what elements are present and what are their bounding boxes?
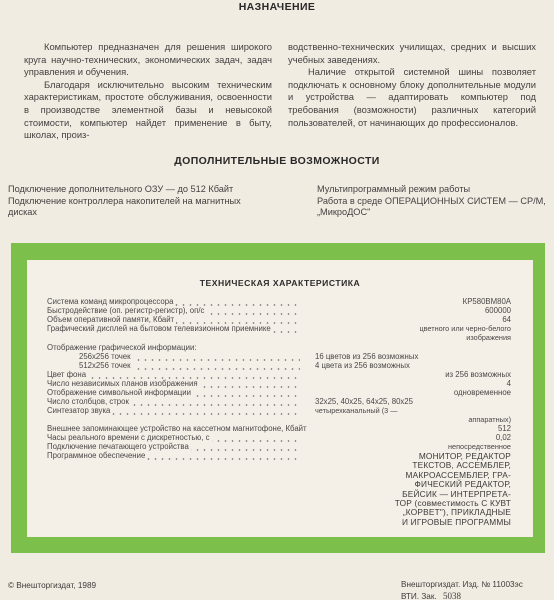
imprint-line-1: Внешторгиздат. Изд. № 11003эс: [401, 580, 523, 589]
spec-label: Часы реального времени с дискретностью, …: [47, 433, 212, 442]
extras-item: Подключение контроллера накопителей на м…: [8, 196, 258, 219]
spec-value: цветного или черно-белого: [419, 324, 511, 333]
spec-label: 256х256 точек: [79, 352, 133, 361]
extras-item: Работа в среде ОПЕРАЦИОННЫХ СИСТЕМ — СР/…: [317, 196, 549, 219]
spec-label: Быстродействие (оп. регистр-регистр), оп…: [47, 306, 206, 315]
spec-row: Программное обеспечениеМОНИТОР, РЕДАКТОР…: [47, 451, 511, 461]
purpose-left-column: Компьютер предназначен для решения широк…: [24, 41, 272, 142]
spec-value: одновременное: [454, 388, 511, 397]
spec-label: Внешнее запоминающее устройство на кассе…: [47, 424, 309, 433]
spec-label: Отображение графической информации:: [47, 343, 198, 352]
extras-item: Подключение дополнительного ОЗУ — до 512…: [8, 184, 258, 196]
spec-value: 32х25, 40х25, 64х25, 80х25: [315, 397, 413, 406]
software-line: И ИГРОВЫЕ ПРОГРАММЫ: [402, 517, 511, 527]
spec-value: 512: [498, 424, 511, 433]
spec-label: Графический дисплей на бытовом телевизио…: [47, 324, 273, 333]
spec-value: из 256 возможных: [445, 370, 511, 379]
spec-label: Отображение символьной информации: [47, 388, 193, 397]
extras-right-list: Мультипрограммный режим работы Работа в …: [317, 184, 549, 219]
purpose-paragraph-4: Наличие открытой системной шины позволяе…: [288, 66, 536, 129]
spec-value: 16 цветов из 256 возможных: [315, 352, 418, 361]
purpose-paragraph-1: Компьютер предназначен для решения широк…: [24, 41, 272, 79]
copyright: © Внешторгиздат, 1989: [8, 581, 96, 590]
imprint-prefix: ВТИ. Зак.: [401, 592, 437, 600]
spec-label: Система команд микропроцессора: [47, 297, 175, 306]
purpose-paragraph-3: водственно-технических училищах, средних…: [288, 41, 536, 66]
spec-value: КР580ВМ80А: [463, 297, 511, 306]
spec-value-continued: изображения: [466, 333, 511, 342]
spec-label: Число столбцов, строк: [47, 397, 131, 406]
spec-label: Программное обеспечение: [47, 451, 147, 460]
spec-label: Синтезатор звука: [47, 406, 112, 415]
purpose-right-column: водственно-технических училищах, средних…: [288, 41, 536, 129]
spec-label: Подключение печатающего устройства: [47, 442, 191, 451]
specs-heading: ТЕХНИЧЕСКАЯ ХАРАКТЕРИСТИКА: [27, 278, 533, 288]
spec-value: 600000: [485, 306, 511, 315]
spec-row: Графический дисплей на бытовом телевизио…: [47, 324, 511, 334]
spec-label: 512х256 точек: [79, 361, 133, 370]
spec-value-continued: аппаратных): [468, 415, 511, 424]
imprint-line-2: ВТИ. Зак. 5038: [401, 591, 461, 600]
spec-label: Цвет фона: [47, 370, 88, 379]
order-number: 5038: [443, 591, 461, 600]
spec-label: Объем оперативной памяти, Кбайт: [47, 315, 176, 324]
extras-left-list: Подключение дополнительного ОЗУ — до 512…: [8, 184, 258, 219]
spec-value: 0,02: [496, 433, 511, 442]
extras-item: Мультипрограммный режим работы: [317, 184, 549, 196]
spec-label: Число независимых планов изображения: [47, 379, 200, 388]
spec-value: непосредственное: [448, 442, 511, 451]
spec-value: 64: [502, 315, 511, 324]
purpose-heading: НАЗНАЧЕНИЕ: [0, 1, 554, 13]
spec-value: 4 цвета из 256 возможных: [315, 361, 410, 370]
purpose-paragraph-2: Благодаря исключительно высоким техничес…: [24, 79, 272, 142]
spec-value: четырехканальный (3 —: [315, 406, 398, 415]
extras-heading: ДОПОЛНИТЕЛЬНЫЕ ВОЗМОЖНОСТИ: [0, 155, 554, 167]
spec-row: Синтезатор звукачетырехканальный (3 —апп…: [47, 406, 511, 416]
spec-value: 4: [507, 379, 511, 388]
